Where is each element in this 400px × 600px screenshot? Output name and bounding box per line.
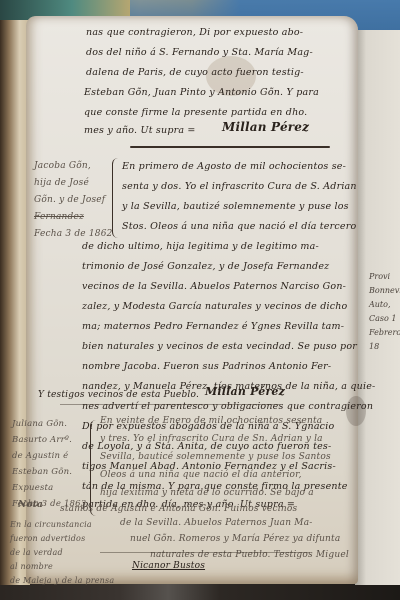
text-line: senta y dos. Yo el infrascrito Cura de S… <box>122 178 357 196</box>
facing-note-line: 18 <box>369 340 400 354</box>
facing-note-line: Auto, <box>369 298 400 312</box>
text-line: nombre Jacoba. Fueron sus Padrinos Anton… <box>82 358 331 376</box>
text-line: tán de la misma. Y para que conste firmo… <box>82 478 348 496</box>
signature: Millan Pérez <box>205 385 285 398</box>
separator-rule <box>60 404 280 405</box>
facing-note-line: Caso 1 <box>369 312 400 326</box>
text-line: En primero de Agosto de mil ochocientos … <box>122 158 346 176</box>
margin-note-line: Fernandez <box>34 209 113 226</box>
text-line: dalena de Paris, de cuyo acto fueron tes… <box>86 64 304 82</box>
text-line: dos del niño á S. Fernando y Sta. María … <box>86 44 313 62</box>
signature-flourish <box>130 146 330 148</box>
text-line: nas que contragieron, Di por expuesto ab… <box>86 24 303 42</box>
text-line: de dicho ultimo, hija legitima y de legi… <box>82 238 319 256</box>
facing-page: Provi Bonnevi Auto, Caso 1 Febrero 18 <box>355 30 400 585</box>
text-line: partida en dho. día, mes y año. Ut supra… <box>82 496 295 514</box>
text-line: de Loyola, y á Sta. Anita, de cuyo acto … <box>82 438 331 456</box>
text-line: mes y año. Ut supra = <box>84 122 196 140</box>
text-line: Y testigos vecinos de esta Pueblo. <box>38 386 199 404</box>
text-line: vecinos de la Sevilla. Abuelos Paternos … <box>82 278 346 296</box>
text-line: zalez, y Modesta García naturales y veci… <box>82 298 347 316</box>
text-line: tigos Manuel Abad. Antonio Fernandez y e… <box>82 458 336 476</box>
facing-note-line: Febrero <box>369 326 400 340</box>
text-line: Di por expuestos abogados de la niña a S… <box>82 418 334 436</box>
register-page: nas que contragieron, Di por expuesto ab… <box>26 16 358 584</box>
facing-note-line: Bonnevi <box>369 284 400 298</box>
text-line: Esteban Gõn, Juan Pinto y Antonio Gõn. Y… <box>84 84 319 102</box>
signature: Millan Pérez <box>222 120 309 134</box>
text-line: bien naturales y vecinos de esta vecinda… <box>82 338 357 356</box>
margin-note-line: hija de José <box>34 175 113 192</box>
margin-note: Jacoba Gõn, hija de José Gõn. y de Josef… <box>34 158 113 243</box>
text-line: ma; maternos Pedro Fernandez é Ygnes Rev… <box>82 318 344 336</box>
margin-note-line: Jacoba Gõn, <box>34 158 113 175</box>
margin-brace <box>112 158 119 238</box>
text-line: Stos. Oleos á una niña que nació el día … <box>122 218 356 236</box>
facing-note-line: Provi <box>369 270 400 284</box>
margin-note-line: Gõn. y de Josef <box>34 192 113 209</box>
text-line: trimonio de José Gonzalez, y de Josefa F… <box>82 258 329 276</box>
text-line: y la Sevilla, bautizé solemnemente y pus… <box>122 198 349 216</box>
facing-page-note: Provi Bonnevi Auto, Caso 1 Febrero 18 <box>369 270 400 354</box>
